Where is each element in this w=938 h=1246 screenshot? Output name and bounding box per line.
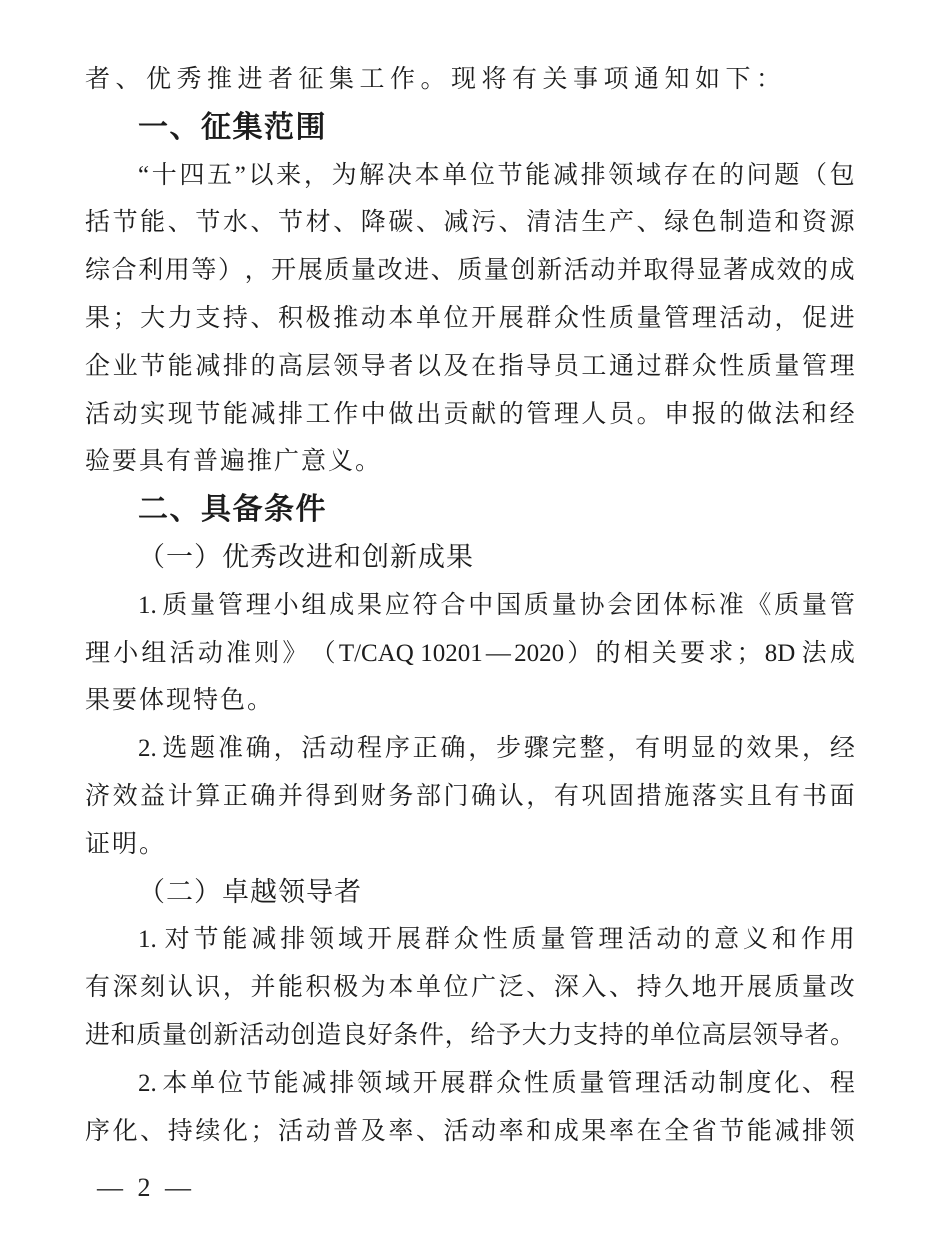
text-line: 进和质量创新活动创造良好条件，给予大力支持的单位高层领导者。 [85, 1012, 855, 1060]
section-heading-2: 二、具备条件 [85, 486, 855, 534]
text-line: 理小组活动准则》（T/CAQ 10201—2020）的相关要求；8D 法成 [85, 630, 855, 678]
text-line: “十四五”以来，为解决本单位节能减排领域存在的问题（包 [85, 152, 855, 200]
text-line: 验要具有普遍推广意义。 [85, 438, 855, 486]
text-line: 有深刻认识，并能积极为本单位广泛、深入、持久地开展质量改 [85, 964, 855, 1012]
subsection-heading-1: （一）优秀改进和创新成果 [85, 534, 855, 582]
text-line: 综合利用等），开展质量改进、质量创新活动并取得显著成效的成 [85, 247, 855, 295]
page-number: — 2 — [97, 1168, 195, 1208]
text-line: 证明。 [85, 821, 855, 869]
text-line: 者、优秀推进者征集工作。现将有关事项通知如下： [85, 56, 855, 104]
subsection-heading-2: （二）卓越领导者 [85, 869, 855, 917]
document-page: 者、优秀推进者征集工作。现将有关事项通知如下： 一、征集范围 “十四五”以来，为… [0, 0, 938, 1246]
document-body: 者、优秀推进者征集工作。现将有关事项通知如下： 一、征集范围 “十四五”以来，为… [85, 56, 855, 1155]
text-line: 活动实现节能减排工作中做出贡献的管理人员。申报的做法和经 [85, 391, 855, 439]
text-line: 企业节能减排的高层领导者以及在指导员工通过群众性质量管理 [85, 343, 855, 391]
text-line: 1. 对节能减排领域开展群众性质量管理活动的意义和作用 [85, 916, 855, 964]
section-heading-1: 一、征集范围 [85, 104, 855, 152]
text-line: 果；大力支持、积极推动本单位开展群众性质量管理活动，促进 [85, 295, 855, 343]
text-line: 序化、持续化；活动普及率、活动率和成果率在全省节能减排领 [85, 1108, 855, 1156]
text-line: 济效益计算正确并得到财务部门确认，有巩固措施落实且有书面 [85, 773, 855, 821]
text-line: 2. 本单位节能减排领域开展群众性质量管理活动制度化、程 [85, 1060, 855, 1108]
text-line: 1. 质量管理小组成果应符合中国质量协会团体标准《质量管 [85, 582, 855, 630]
text-line: 2. 选题准确，活动程序正确，步骤完整，有明显的效果，经 [85, 725, 855, 773]
text-line: 果要体现特色。 [85, 677, 855, 725]
text-line: 括节能、节水、节材、降碳、减污、清洁生产、绿色制造和资源 [85, 199, 855, 247]
